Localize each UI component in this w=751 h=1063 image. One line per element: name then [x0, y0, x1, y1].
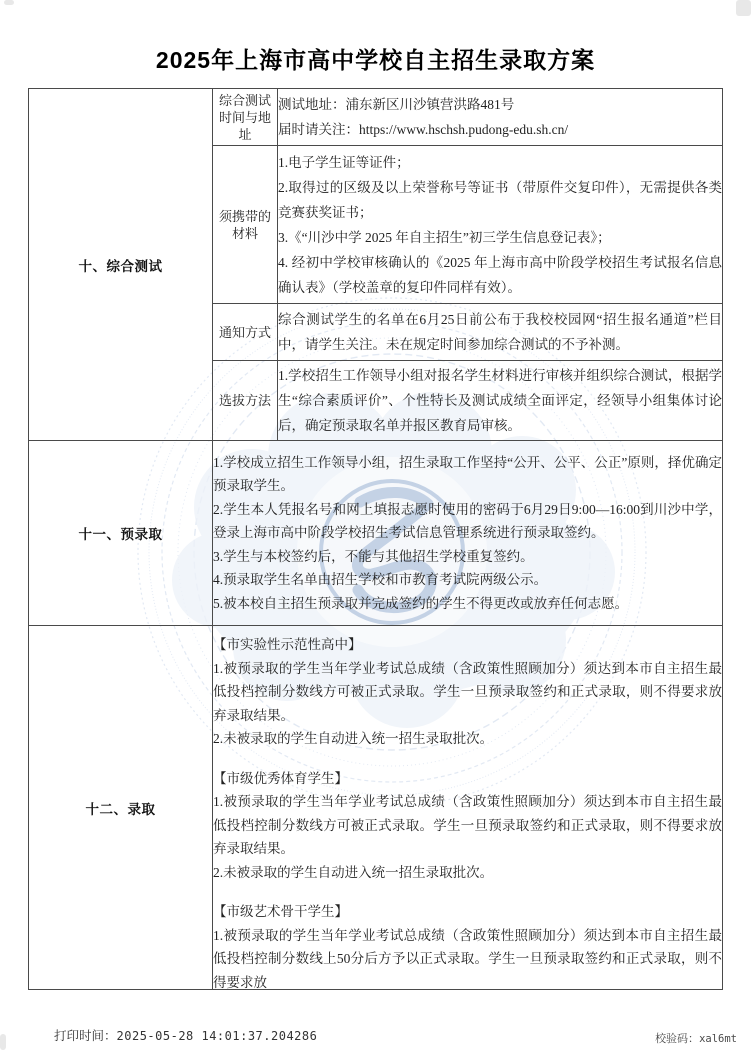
- paragraph: 3.《“川沙中学 2025 年自主招生”初三学生信息登记表》；: [278, 225, 722, 250]
- paragraph: 2.未被录取的学生自动进入统一招生录取批次。: [213, 861, 722, 885]
- paragraph: 1.被预录取的学生当年学业考试总成绩（含政策性照顾加分）须达到本市自主招生最低投…: [213, 924, 722, 990]
- paragraph: 【市实验性示范性高中】: [213, 633, 722, 657]
- paragraph: 2.取得过的区级及以上荣誉称号等证书（带原件交复印件），无需提供各类竞赛获奖证书…: [278, 175, 722, 225]
- paragraph: 2.学生本人凭报名号和网上填报志愿时使用的密码于6月29日9:00—16:00到…: [213, 498, 722, 545]
- paragraph: 1.被预录取的学生当年学业考试总成绩（含政策性照顾加分）须达到本市自主招生最低投…: [213, 657, 722, 728]
- cell-notification: 综合测试学生的名单在6月25日前公布于我校校园网“招生报名通道”栏目中，请学生关…: [278, 304, 723, 361]
- cell-test-time-address: 测试地址：浦东新区川沙镇营洪路481号届时请关注：https://www.hsc…: [278, 89, 723, 146]
- cell-selection-method: 1.学校招生工作领导小组对报名学生材料进行审核并组织综合测试，根据学生“综合素质…: [278, 361, 723, 441]
- row-sublabel-test-time-address: 综合测试时间与地址: [213, 89, 278, 146]
- cell-pre-admission: 1.学校成立招生工作领导小组，招生录取工作坚持“公开、公平、公正”原则，择优确定…: [213, 441, 723, 626]
- paragraph: 【市级优秀体育学生】: [213, 767, 722, 791]
- section-10-label: 十、综合测试: [29, 89, 213, 441]
- paragraph: 1.学校招生工作领导小组对报名学生材料进行审核并组织综合测试，根据学生“综合素质…: [278, 363, 722, 438]
- cell-materials: 1.电子学生证等证件；2.取得过的区级及以上荣誉称号等证书（带原件交复印件），无…: [278, 146, 723, 304]
- paragraph: 4. 经初中学校审核确认的《2025 年上海市高中阶段学校招生考试报名信息确认表…: [278, 250, 722, 300]
- paragraph: 3.学生与本校签约后，不能与其他招生学校重复签约。: [213, 545, 722, 569]
- row-sublabel-materials: 须携带的材料: [213, 146, 278, 304]
- admission-clipped-content: 【市实验性示范性高中】1.被预录取的学生当年学业考试总成绩（含政策性照顾加分）须…: [213, 626, 722, 989]
- paragraph: [213, 751, 722, 767]
- row-sublabel-notification: 通知方式: [213, 304, 278, 361]
- paragraph: 届时请关注：https://www.hschsh.pudong-edu.sh.c…: [278, 117, 722, 142]
- checksum: 校验码：xal6mt: [655, 1030, 737, 1046]
- print-time-label: 打印时间：: [54, 1029, 117, 1043]
- paragraph: 1.学校成立招生工作领导小组，招生录取工作坚持“公开、公平、公正”原则，择优确定…: [213, 451, 722, 498]
- paragraph: 测试地址：浦东新区川沙镇营洪路481号: [278, 92, 722, 117]
- print-time: 打印时间：2025-05-28 14:01:37.204286: [54, 1026, 317, 1044]
- paragraph: 2.未被录取的学生自动进入统一招生录取批次。: [213, 727, 722, 751]
- section-12-label: 十二、录取: [29, 626, 213, 990]
- paragraph: 1.被预录取的学生当年学业考试总成绩（含政策性照顾加分）须达到本市自主招生最低投…: [213, 790, 722, 861]
- checksum-label: 校验码：: [655, 1033, 699, 1045]
- paragraph: 4.预录取学生名单由招生学校和市教育考试院两级公示。: [213, 568, 722, 592]
- scan-smudge: [4, 0, 14, 5]
- scan-smudge: [736, 0, 751, 16]
- row-sublabel-selection-method: 选拔方法: [213, 361, 278, 441]
- section-11-label: 十一、预录取: [29, 441, 213, 626]
- paragraph: 5.被本校自主招生预录取并完成签约的学生不得更改或放弃任何志愿。: [213, 592, 722, 616]
- scan-smudge: [0, 1034, 6, 1050]
- paragraph: 综合测试学生的名单在6月25日前公布于我校校园网“招生报名通道”栏目中，请学生关…: [278, 307, 722, 357]
- paragraph: 1.电子学生证等证件；: [278, 150, 722, 175]
- page-title: 2025年上海市高中学校自主招生录取方案: [0, 42, 751, 75]
- paragraph: [213, 884, 722, 900]
- page: { "title": "2025年上海市高中学校自主招生录取方案", "wate…: [0, 0, 751, 1063]
- print-time-value: 2025-05-28 14:01:37.204286: [117, 1029, 318, 1043]
- cell-admission: 【市实验性示范性高中】1.被预录取的学生当年学业考试总成绩（含政策性照顾加分）须…: [213, 626, 723, 990]
- paragraph: 【市级艺术骨干学生】: [213, 900, 722, 924]
- admission-plan-table: 十、综合测试 综合测试时间与地址 测试地址：浦东新区川沙镇营洪路481号届时请关…: [28, 88, 723, 990]
- checksum-value: xal6mt: [699, 1033, 737, 1045]
